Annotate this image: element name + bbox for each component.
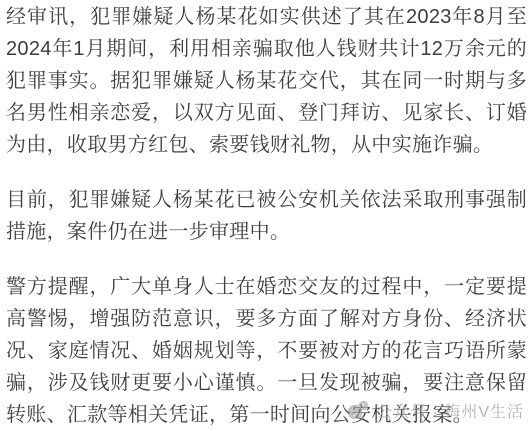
article-body: 经审讯，犯罪嫌疑人杨某花如实供述了其在2023年8月至2024年1月期间，利用相… bbox=[0, 0, 532, 431]
paragraph-case-status: 目前，犯罪嫌疑人杨某花已被公安机关依法采取刑事强制措施，案件仍在进一步审理中。 bbox=[6, 184, 527, 248]
paragraph-interrogation-facts: 经审讯，犯罪嫌疑人杨某花如实供述了其在2023年8月至2024年1月期间，利用相… bbox=[6, 1, 527, 161]
paragraph-police-warning: 警方提醒，广大单身人士在婚恋交友的过程中，一定要提高警惕，增强防范意识，要多方面… bbox=[6, 271, 527, 431]
